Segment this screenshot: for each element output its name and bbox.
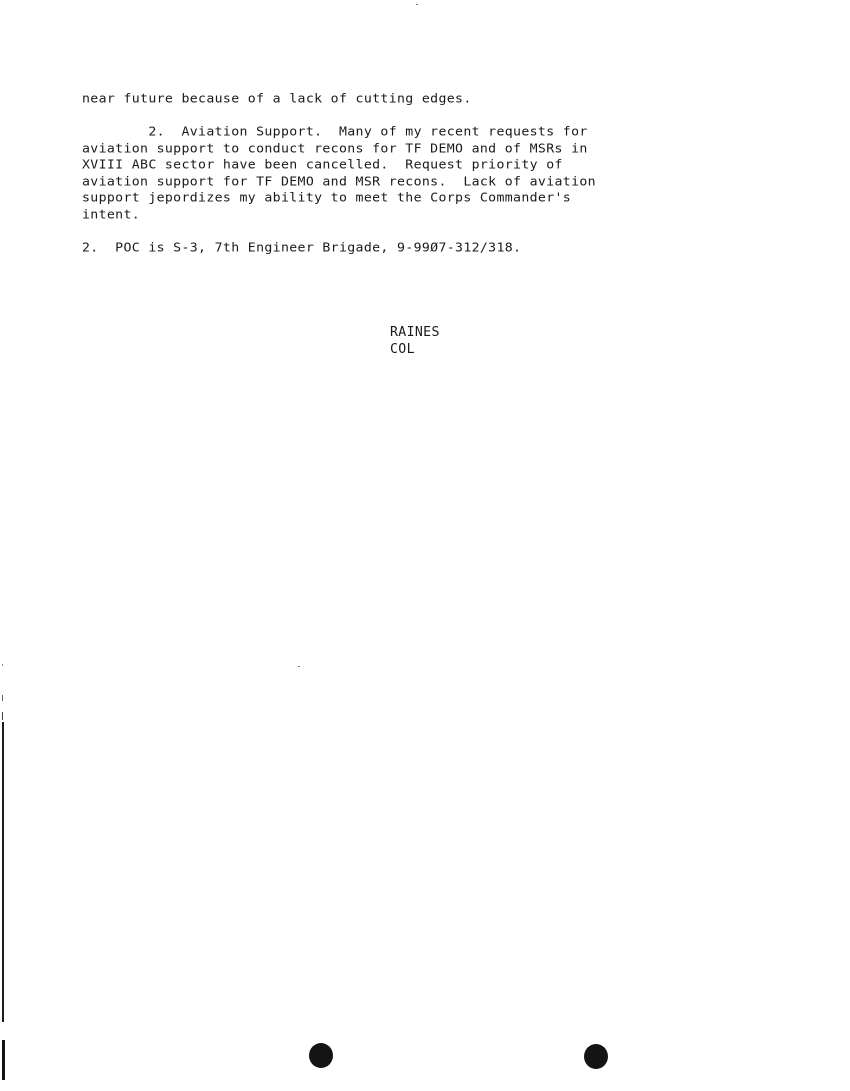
scan-edge-mark — [2, 695, 3, 701]
text-line-poc: 2. POC is S-3, 7th Engineer Brigade, 9-9… — [82, 241, 521, 257]
text-line-aviation-heading: 2. Aviation Support. Many of my recent r… — [82, 125, 588, 141]
text-line-aviation-body-5: intent. — [82, 208, 140, 224]
signature-block: RAINES COL — [390, 324, 440, 358]
signature-rank: COL — [390, 341, 440, 358]
scan-edge-mark — [2, 664, 3, 666]
signature-name: RAINES — [390, 324, 440, 341]
scan-speck — [298, 666, 300, 667]
document-page: near future because of a lack of cutting… — [0, 0, 850, 1091]
text-line-aviation-body-3: aviation support for TF DEMO and MSR rec… — [82, 175, 596, 191]
punch-hole-right — [584, 1044, 608, 1069]
scan-edge-mark — [2, 722, 4, 1022]
punch-hole-left — [309, 1043, 333, 1068]
text-line-aviation-body-2: XVIII ABC sector have been cancelled. Re… — [82, 158, 563, 174]
scan-edge-mark — [2, 1040, 5, 1080]
scan-edge-mark — [2, 712, 3, 720]
text-line-aviation-body-1: aviation support to conduct recons for T… — [82, 142, 588, 158]
scan-speck — [416, 4, 418, 5]
text-line-continuation: near future because of a lack of cutting… — [82, 92, 472, 108]
text-line-aviation-body-4: support jepordizes my ability to meet th… — [82, 191, 571, 207]
